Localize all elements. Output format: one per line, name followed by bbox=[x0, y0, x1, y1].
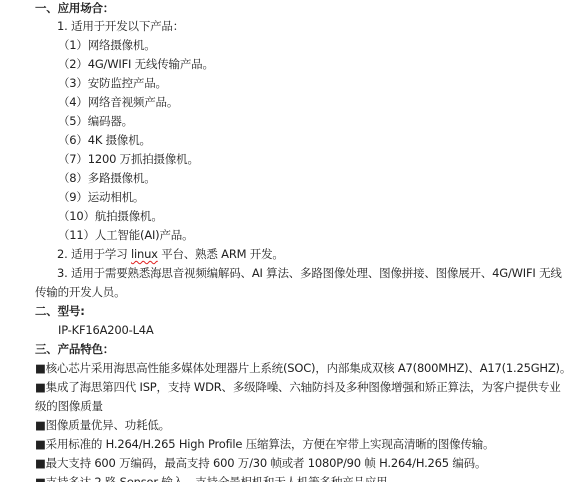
section-heading-features: 三、产品特色： bbox=[35, 341, 114, 357]
feature-item-continuation: 级的图像质量 bbox=[35, 398, 103, 414]
item2-suffix: 平台、熟悉 ARM 开发。 bbox=[158, 247, 284, 261]
product-list-item: （1）网络摄像机。 bbox=[58, 37, 156, 53]
product-list-item: （8）多路摄像机。 bbox=[58, 170, 156, 186]
product-list-item: （7）1200 万抓拍摄像机。 bbox=[58, 151, 199, 167]
product-list-item: （9）运动相机。 bbox=[58, 189, 144, 205]
feature-item: ■核心芯片采用海思高性能多媒体处理器片上系统(SOC)，内部集成双核 A7(80… bbox=[35, 360, 571, 376]
product-list-item: （2）4G/WIFI 无线传输产品。 bbox=[58, 56, 214, 72]
product-list-item: （4）网络音视频产品。 bbox=[58, 94, 178, 110]
feature-item: ■图像质量优异、功耗低。 bbox=[35, 417, 170, 433]
product-list-item: （6）4K 摄像机。 bbox=[58, 132, 151, 148]
model-number: IP-KF16A200-L4A bbox=[58, 322, 154, 338]
product-list-item: （3）安防监控产品。 bbox=[58, 75, 167, 91]
feature-item: ■采用标准的 H.264/H.265 High Profile 压缩算法，方便在… bbox=[35, 436, 494, 452]
section-heading-model: 二、型号: bbox=[35, 303, 85, 319]
application-item-3: 3. 适用于需要熟悉海思音视频编解码、AI 算法、多路图像处理、图像拼接、图像展… bbox=[57, 265, 562, 281]
product-list-item: （11）人工智能(AI)产品。 bbox=[58, 227, 193, 243]
application-item-1: 1. 适用于开发以下产品： bbox=[57, 18, 184, 34]
application-item-3-continuation: 传输的开发人员。 bbox=[35, 284, 125, 300]
product-list-item: （10）航拍摄像机。 bbox=[58, 208, 163, 224]
product-list-item: （5）编码器。 bbox=[58, 113, 133, 129]
item2-prefix: 2. 适用于学习 bbox=[57, 247, 131, 261]
feature-item: ■集成了海思第四代 ISP，支持 WDR、多级降噪、六轴防抖及多种图像增强和矫正… bbox=[35, 379, 561, 395]
feature-item: ■最大支持 600 万编码，最高支持 600 万/30 帧或者 1080P/90… bbox=[35, 455, 486, 471]
feature-item: ■支持多达 2 路 Sensor 输入，支持全景相机和无人机等多种产品应用。 bbox=[35, 474, 399, 482]
section-heading-application: 一、应用场合： bbox=[35, 0, 114, 16]
spellcheck-flagged-word[interactable]: linux bbox=[131, 247, 158, 261]
application-item-2: 2. 适用于学习 linux 平台、熟悉 ARM 开发。 bbox=[57, 246, 284, 262]
